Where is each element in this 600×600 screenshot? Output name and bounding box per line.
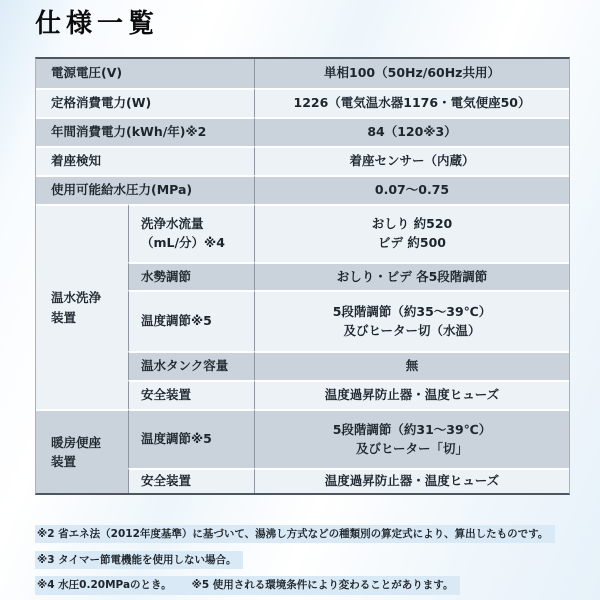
spec-value-water-pressure: 0.07〜0.75	[254, 175, 569, 204]
spec-value-safety-device-seat: 温度過昇防止器・温度ヒューズ	[254, 468, 569, 493]
spec-label-annual-power: 年間消費電力(kWh/年)※2	[36, 117, 254, 146]
footnotes: ※2 省エネ法（2012年度基準）に基づいて、湯沸し方式などの種類別の算定式によ…	[35, 525, 555, 595]
spec-value-seat-temp-adjust: 5段階調節（約31〜39℃） 及びヒーター「切」	[254, 409, 569, 468]
spec-label-seat-detection: 着座検知	[36, 146, 254, 175]
spec-label-safety-device-seat: 安全装置	[128, 468, 254, 493]
footnote-5: ※5 使用される環境条件により変わることがあります。	[192, 579, 454, 591]
spec-value-safety-device-washing: 温度過昇防止器・温度ヒューズ	[254, 380, 569, 409]
page-title: 仕様一覧	[35, 8, 159, 42]
footnote-2: ※2 省エネ法（2012年度基準）に基づいて、湯沸し方式などの種類別の算定式によ…	[35, 525, 555, 543]
spec-label-water-force-adjust: 水勢調節	[128, 262, 254, 290]
spec-page: 仕様一覧 電源電圧(V) 単相100（50Hz/60Hz共用） 定格消費電力(W…	[0, 0, 600, 600]
footnote-4-5: ※4 水圧0.20MPaのとき。※5 使用される環境条件により変わることがありま…	[35, 576, 460, 594]
spec-label-wash-flow-rate: 洗浄水流量 （mL/分）※4	[128, 204, 254, 262]
spec-value-wash-flow-rate: おしり 約520 ビデ 約500	[254, 204, 569, 262]
spec-value-water-force-adjust: おしり・ビデ 各5段階調節	[254, 262, 569, 290]
spec-label-water-pressure: 使用可能給水圧力(MPa)	[36, 175, 254, 204]
group-label-warm-water-washing: 温水洗浄 装置	[36, 204, 128, 409]
footnote-4: ※4 水圧0.20MPaのとき。	[37, 579, 172, 591]
spec-label-tank-capacity: 温水タンク容量	[128, 351, 254, 380]
group-label-heated-seat: 暖房便座 装置	[36, 409, 128, 493]
spec-value-seat-detection: 着座センサー（内蔵）	[254, 146, 569, 175]
spec-value-power-voltage: 単相100（50Hz/60Hz共用）	[254, 59, 569, 88]
spec-value-water-temp-adjust: 5段階調節（約35〜39℃） 及びヒーター切（水温）	[254, 290, 569, 351]
spec-label-safety-device-washing: 安全装置	[128, 380, 254, 409]
spec-label-rated-power: 定格消費電力(W)	[36, 88, 254, 117]
spec-value-annual-power: 84（120※3）	[254, 117, 569, 146]
spec-label-seat-temp-adjust: 温度調節※5	[128, 409, 254, 468]
spec-value-tank-capacity: 無	[254, 351, 569, 380]
spec-value-rated-power: 1226（電気温水器1176・電気便座50）	[254, 88, 569, 117]
spec-label-power-voltage: 電源電圧(V)	[36, 59, 254, 88]
spec-table: 電源電圧(V) 単相100（50Hz/60Hz共用） 定格消費電力(W) 122…	[35, 57, 570, 495]
footnote-3: ※3 タイマー節電機能を使用しない場合。	[35, 551, 243, 569]
spec-label-water-temp-adjust: 温度調節※5	[128, 290, 254, 351]
